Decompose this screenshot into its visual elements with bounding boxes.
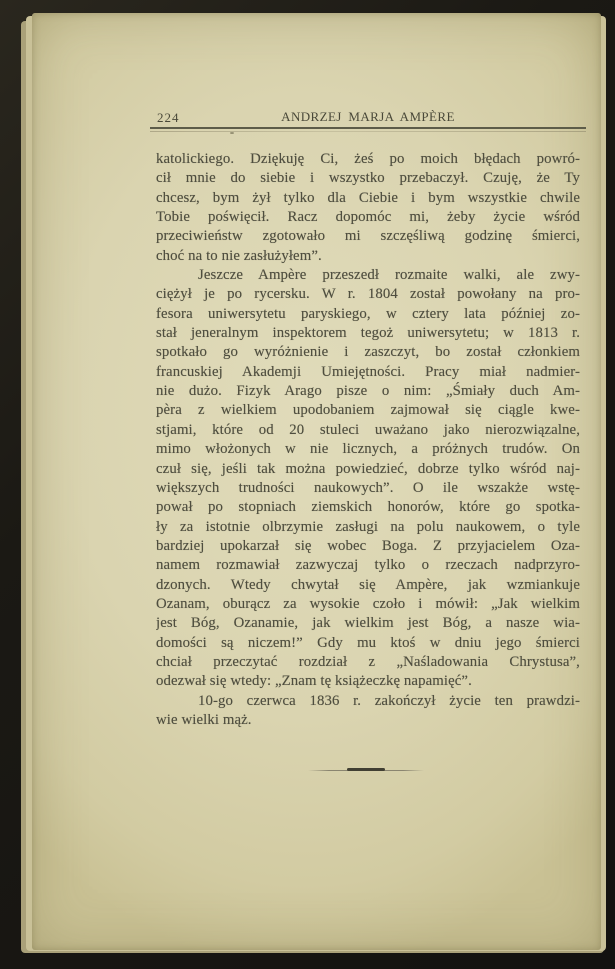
text-line: pował po stopniach ziemskich honorów, kt… [156, 498, 580, 517]
header-rule-main [150, 127, 586, 129]
text-line: domości są niczem!” Gdy mu ktoś w dniu j… [156, 634, 580, 653]
text-line: Tobie poświęcił. Racz dopomóc mi, żeby ż… [156, 208, 580, 227]
header-rule [150, 127, 586, 133]
scan-blemish [230, 132, 234, 134]
text-line: dzonych. Wtedy chwytał się Ampère, jak w… [156, 576, 580, 595]
text-line: jest Bóg, Ozanamie, jak wielkim jest Bóg… [156, 614, 580, 633]
text-line: Ozanam, oburącz za wysokie czoło i mówił… [156, 595, 580, 614]
text-line: stał jeneralnym inspektorem tegoż uniwer… [156, 324, 580, 343]
text-line: ciężył je po rycersku. W r. 1804 został … [156, 285, 580, 304]
text-line: nie dużo. Fizyk Arago pisze o nim: „Śmia… [156, 382, 580, 401]
text-line: wie wielki mąż. [156, 711, 580, 730]
book-page: 224 ANDRZEJ MARJA AMPÈRE katolickiego. D… [32, 13, 601, 950]
page-number: 224 [157, 110, 180, 126]
text-line: chcesz, bym żył tylko dla Ciebie i bym w… [156, 189, 580, 208]
text-line: mimo włożonych w nie licznych, a próżnyc… [156, 440, 580, 459]
text-line: ły za istotnie olbrzymie zasługi na polu… [156, 518, 580, 537]
text-line: namem rozmawiał zazwyczaj tylko o rzecza… [156, 556, 580, 575]
end-ornament-rule [308, 768, 424, 772]
header-rule-shadow [150, 131, 586, 132]
page-text: katolickiego. Dziękuję Ci, żeś po moich … [156, 150, 580, 730]
text-line: przeciwieństw zgotowało mi szczęśliwą go… [156, 227, 580, 246]
text-line: spotkało go wyróżnienie i zaszczyt, bo z… [156, 343, 580, 362]
text-line: czuł się, jeśli tak można powiedzieć, do… [156, 460, 580, 479]
text-line: francuskiej Akademji Umiejętności. Pracy… [156, 363, 580, 382]
text-line: cił mnie do siebie i wszystko przebaczył… [156, 169, 580, 188]
text-line: 10-go czerwca 1836 r. zakończył życie te… [156, 692, 580, 711]
text-line: stjami, które od 20 stuleci uważano jako… [156, 421, 580, 440]
text-line: choć na to nie zasłużyłem”. [156, 247, 580, 266]
text-line: większych trudności naukowych”. O ile ws… [156, 479, 580, 498]
text-line: pèra z wielkiem upodobaniem zajmował się… [156, 401, 580, 420]
text-line: odezwał się wtedy: „Znam tę książeczkę n… [156, 672, 580, 691]
text-line: katolickiego. Dziękuję Ci, żeś po moich … [156, 150, 580, 169]
page-header: 224 ANDRZEJ MARJA AMPÈRE [156, 109, 580, 139]
text-line: chciał przeczytać rozdział z „Naśladowan… [156, 653, 580, 672]
text-line: fesora uniwersytetu paryskiego, w cztery… [156, 305, 580, 324]
running-title: ANDRZEJ MARJA AMPÈRE [156, 109, 580, 125]
scan-background: 224 ANDRZEJ MARJA AMPÈRE katolickiego. D… [0, 0, 615, 969]
end-rule-thick-segment [347, 768, 385, 771]
text-line: bardziej upokarzał się wobec Boga. Z prz… [156, 537, 580, 556]
text-line: Jeszcze Ampère przeszedł rozmaite walki,… [156, 266, 580, 285]
